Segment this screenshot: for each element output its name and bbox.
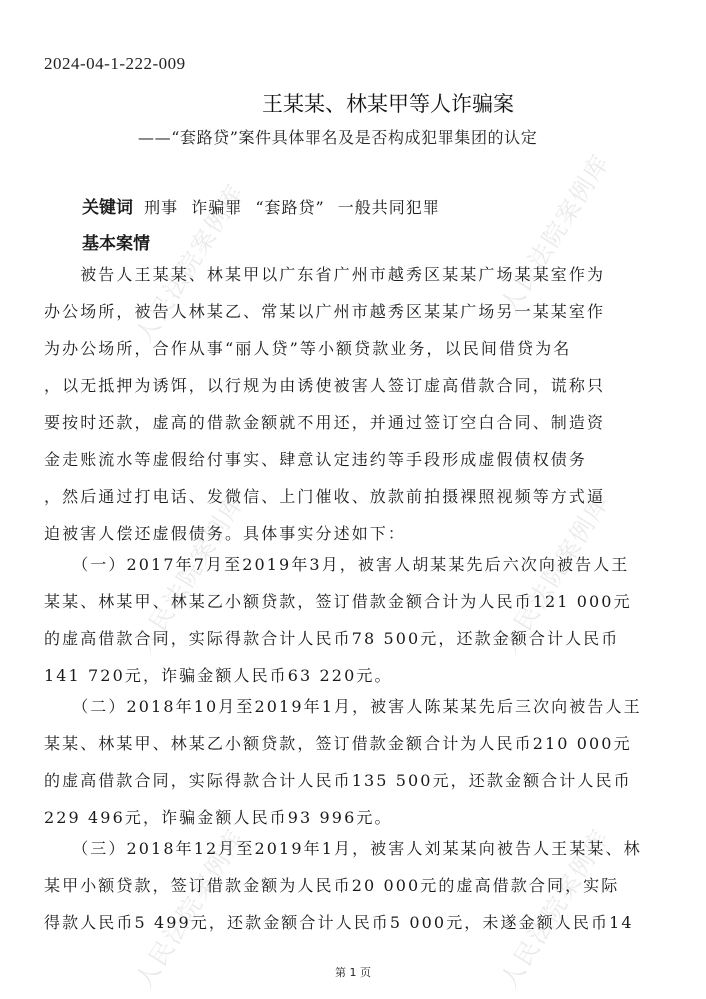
keyword-item: 刑事 <box>144 198 178 217</box>
keyword-item: 一般共同犯罪 <box>338 198 440 217</box>
text-line: （二）2018年10月至2019年1月，被害人陈某某先后三次向被告人王 <box>44 688 669 725</box>
text-line: （三）2018年12月至2019年1月，被害人刘某某向被告人王某某、林 <box>44 830 669 867</box>
text-line: 金走账流水等虚假给付事实、肆意认定违约等手段形成虚假债权债务 <box>44 441 669 478</box>
text-line: 某某、林某甲、林某乙小额贷款，签订借款金额合计为人民币210 000元 <box>44 725 669 762</box>
text-line: 某甲小额贷款，签订借款金额为人民币20 000元的虚高借款合同，实际 <box>44 867 669 904</box>
text-line: 被告人王某某、林某甲以广东省广州市越秀区某某广场某某室作为 <box>44 256 669 293</box>
paragraph-fact-3: （三）2018年12月至2019年1月，被害人刘某某向被告人王某某、林 某甲小额… <box>44 830 669 941</box>
keyword-item: 诈骗罪 <box>191 198 242 217</box>
case-number: 2024-04-1-222-009 <box>44 54 186 74</box>
keyword-item: “套路贷” <box>255 198 324 217</box>
text-line: ，然后通过打电话、发微信、上门催收、放款前拍摄裸照视频等方式逼 <box>44 478 669 515</box>
page-subtitle: ——“套路贷”案件具体罪名及是否构成犯罪集团的认定 <box>138 125 537 148</box>
paragraph-intro: 被告人王某某、林某甲以广东省广州市越秀区某某广场某某室作为 办公场所，被告人林某… <box>44 256 669 552</box>
page-number: 第 1 页 <box>0 964 706 980</box>
text-line: 的虚高借款合同，实际得款合计人民币78 500元，还款金额合计人民币 <box>44 620 669 657</box>
keywords-label: 关键词 <box>82 198 133 218</box>
paragraph-fact-1: （一）2017年7月至2019年3月，被害人胡某某先后六次向被告人王 某某、林某… <box>44 546 669 694</box>
page-title: 王某某、林某甲等人诈骗案 <box>0 88 706 118</box>
text-line: （一）2017年7月至2019年3月，被害人胡某某先后六次向被告人王 <box>44 546 669 583</box>
text-line: 为办公场所，合作从事“丽人贷”等小额贷款业务，以民间借贷为名 <box>44 330 669 367</box>
text-line: ，以无抵押为诱饵，以行规为由诱使被害人签订虚高借款合同，谎称只 <box>44 367 669 404</box>
text-line: 的虚高借款合同，实际得款合计人民币135 500元，还款金额合计人民币 <box>44 762 669 799</box>
keywords-row: 关键词 刑事 诈骗罪 “套路贷” 一般共同犯罪 <box>82 193 448 218</box>
text-line: 要按时还款，虚高的借款金额就不用还，并通过签订空白合同、制造资 <box>44 404 669 441</box>
text-line: 办公场所，被告人林某乙、常某以广州市越秀区某某广场另一某某室作 <box>44 293 669 330</box>
text-line: 某某、林某甲、林某乙小额贷款，签订借款金额合计为人民币121 000元 <box>44 583 669 620</box>
text-line: 得款人民币5 499元，还款金额合计人民币5 000元，未遂金额人民币14 <box>44 904 669 941</box>
section-heading-basic-facts: 基本案情 <box>82 229 150 254</box>
paragraph-fact-2: （二）2018年10月至2019年1月，被害人陈某某先后三次向被告人王 某某、林… <box>44 688 669 836</box>
